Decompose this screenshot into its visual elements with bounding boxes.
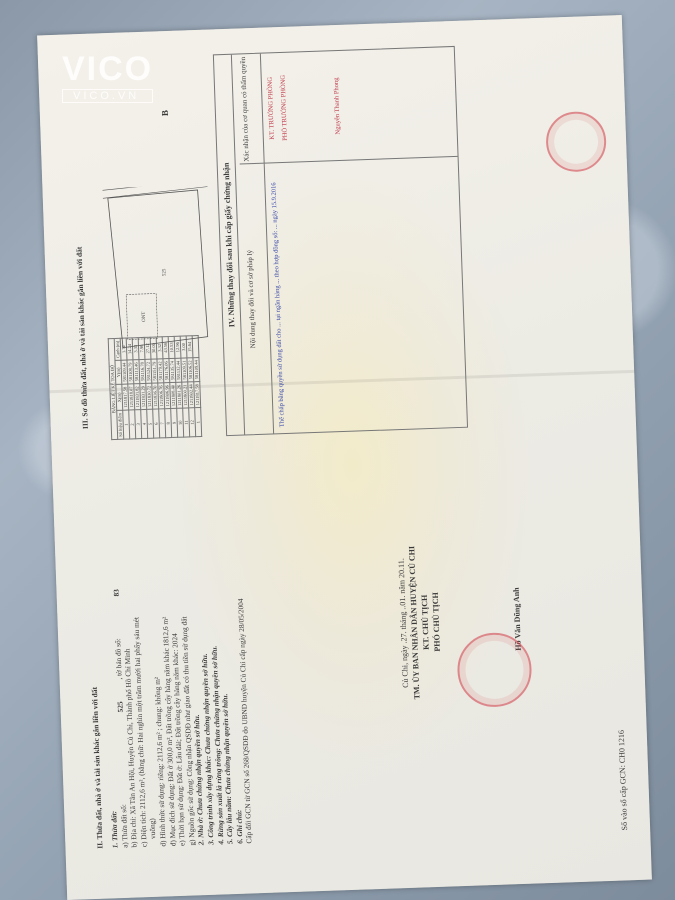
- section2-title: II. Thửa đất, nhà ở và tài sản khác gắn …: [90, 687, 105, 849]
- left-page: II. Thửa đất, nhà ở và tài sản khác gắn …: [52, 450, 651, 880]
- section3-title: III. Sơ đồ thửa đất, nhà ở và tài sản kh…: [74, 247, 90, 430]
- section2-body: 1. Thửa đất: a) Thửa đất số: 525 , tờ bả…: [101, 585, 254, 849]
- svg-text:ONT: ONT: [142, 312, 147, 322]
- serial-number: Số vào sổ cấp GCN: CH0 1216: [617, 730, 630, 831]
- svg-text:525: 525: [162, 268, 167, 276]
- map-number: 83: [111, 589, 120, 597]
- parcel-sketch: ONT 525: [102, 184, 218, 358]
- col-approval-header: Xác nhận của cơ quan có thẩm quyền: [236, 54, 265, 165]
- watermark-site: VICO.VN: [62, 89, 153, 103]
- north-arrow: B: [160, 110, 170, 116]
- parcel-number: 525: [115, 701, 124, 712]
- changes-table: IV. Những thay đổi sau khi cấp giấy chứn…: [213, 46, 468, 436]
- changes-content-col: Nội dung thay đổi và cơ sở pháp lý Thế c…: [240, 156, 467, 434]
- watermark: VICO VICO.VN: [62, 50, 153, 103]
- changes-approval-col: Xác nhận của cơ quan có thẩm quyền KT. T…: [236, 47, 458, 165]
- approver-name: Nguyễn Thanh Phong: [291, 51, 348, 163]
- watermark-logo: VICO: [62, 50, 153, 89]
- certificate-content: II. Thửa đất, nhà ở và tài sản khác gắn …: [37, 15, 652, 900]
- certificate-paper: II. Thửa đất, nhà ở và tài sản khác gắn …: [37, 15, 652, 900]
- approval-stamp: [545, 111, 607, 173]
